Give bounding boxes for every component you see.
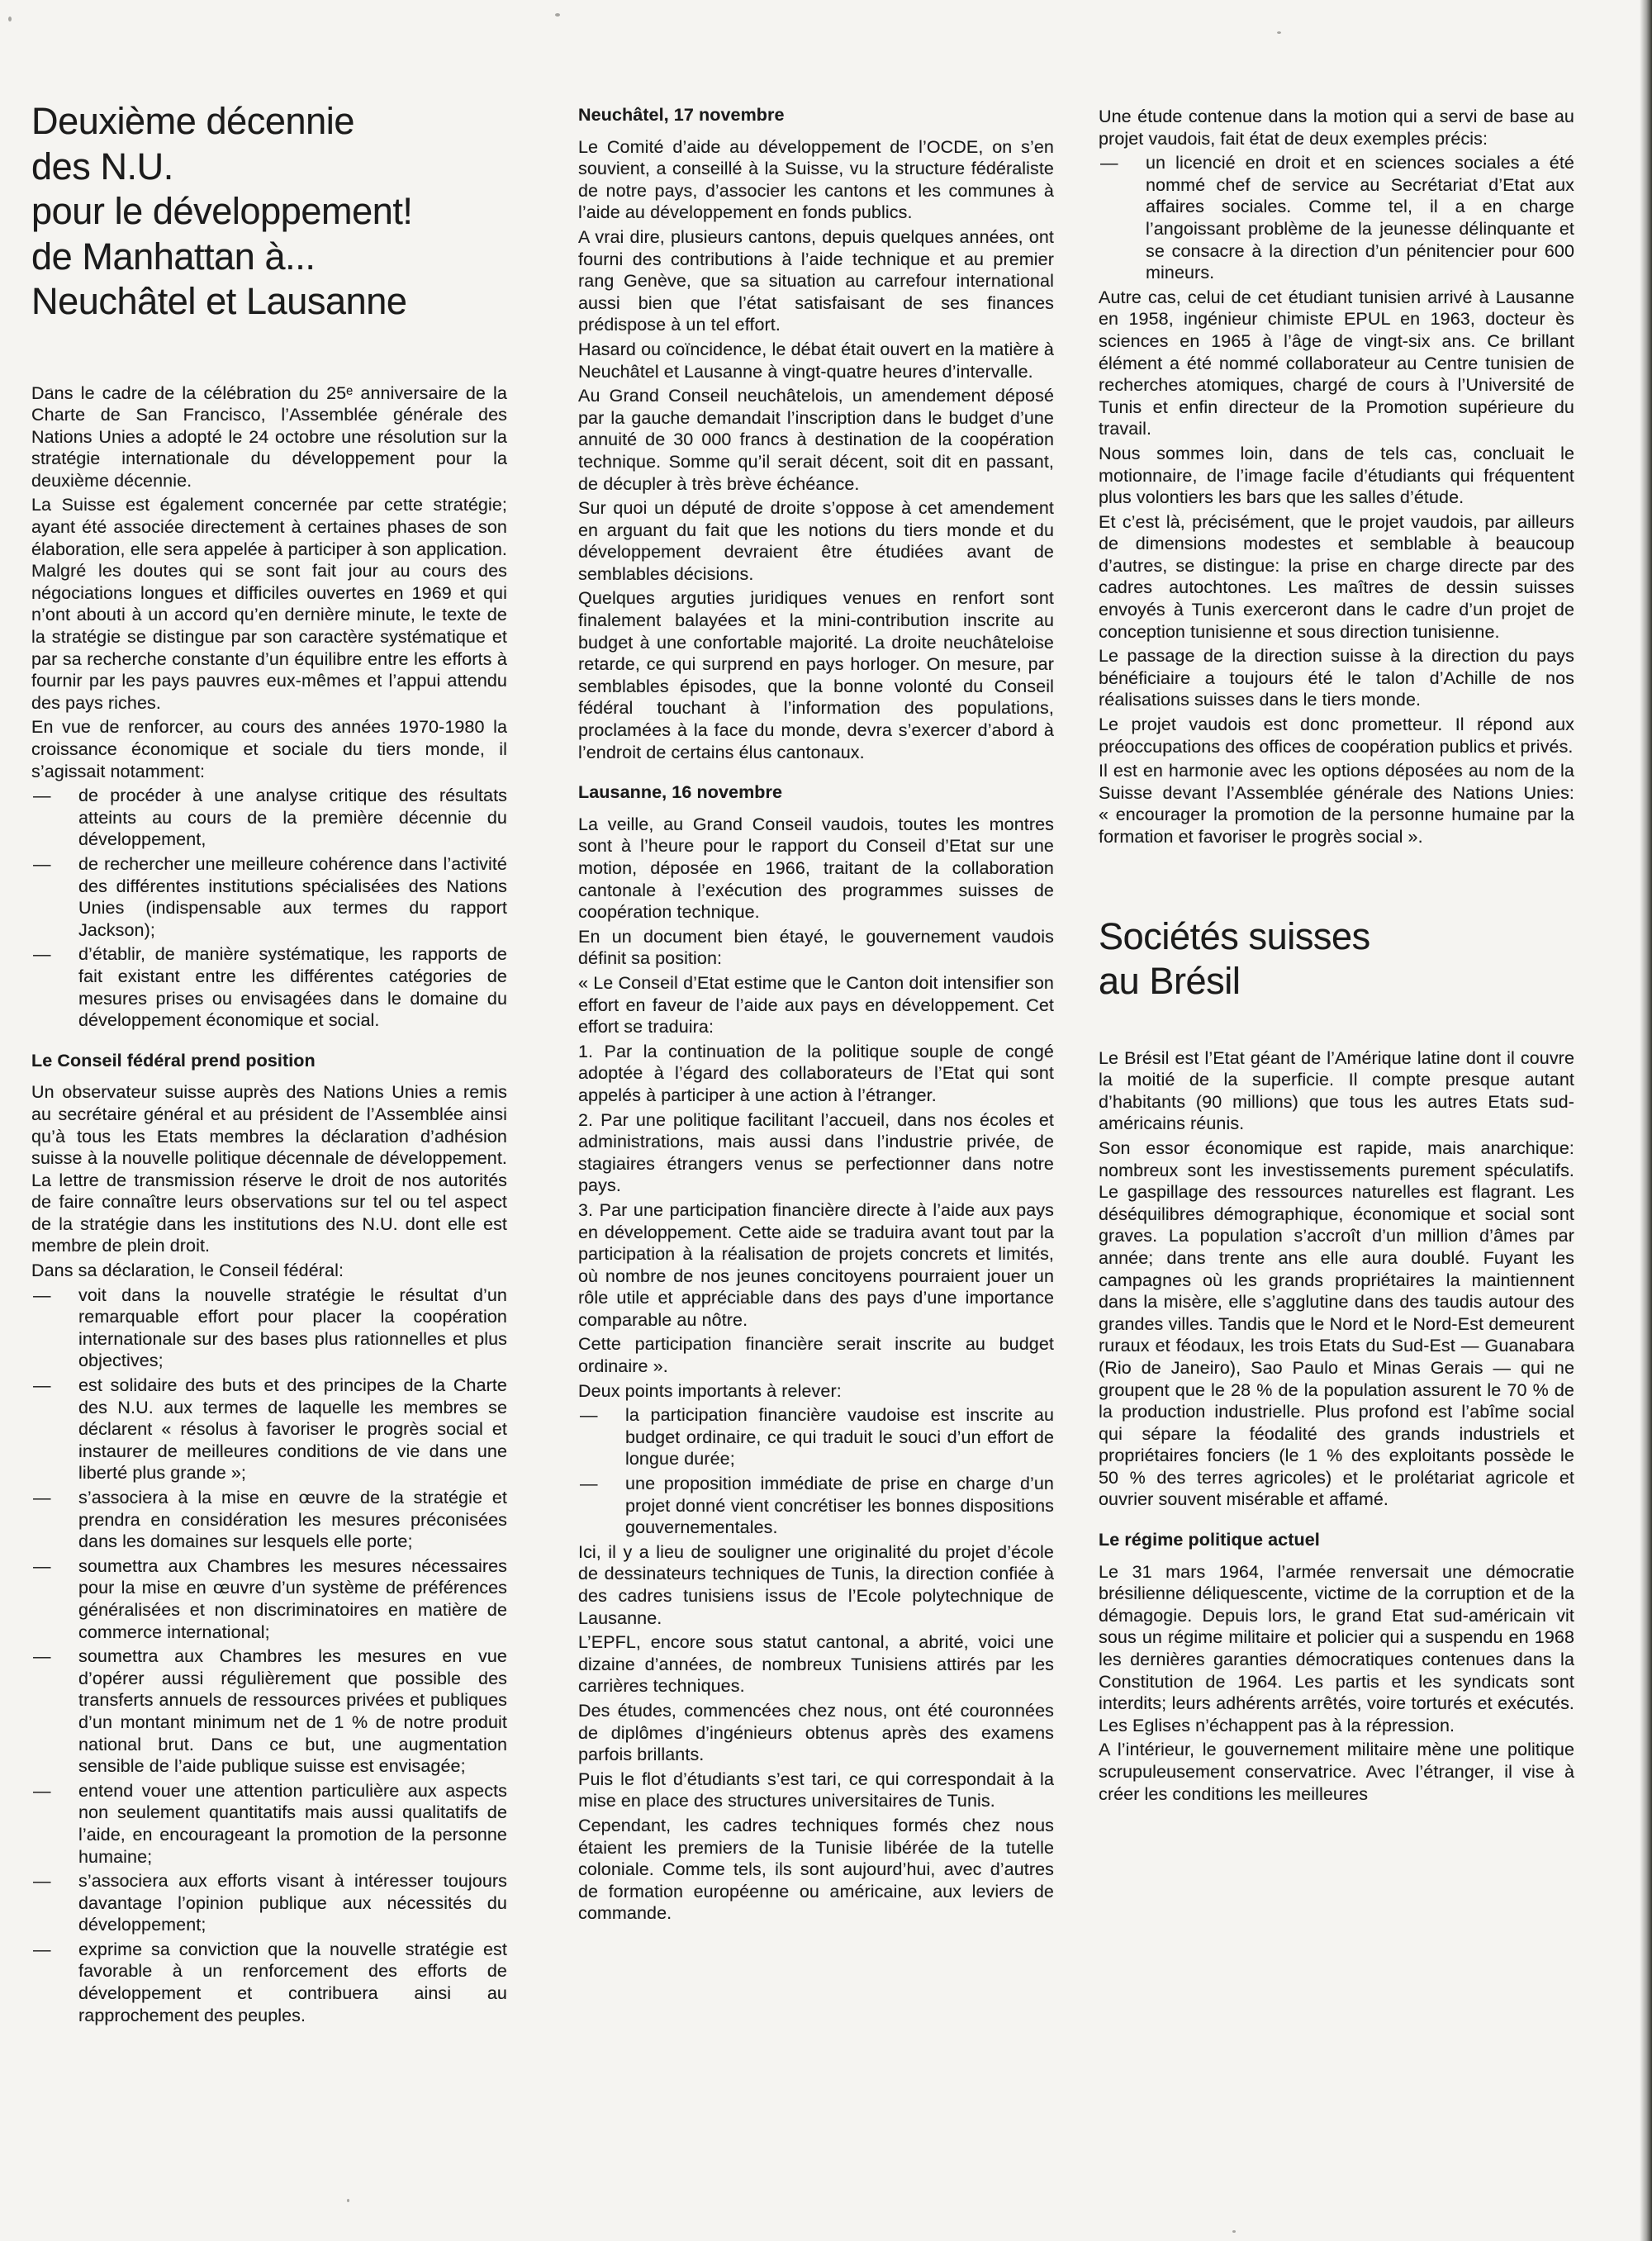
title-line: Deuxième décennie: [31, 99, 507, 145]
dash-marker: —: [33, 1939, 51, 1961]
paragraph: Cependant, les cadres techniques formés …: [578, 1815, 1054, 1925]
paragraph: Il est en harmonie avec les options dépo…: [1099, 760, 1574, 847]
paragraph: Un observateur suisse auprès des Nations…: [31, 1081, 507, 1257]
dash-list-text: soumettra aux Chambres les mesures néces…: [78, 1556, 507, 1642]
numbered-paragraph: 3. Par une participation financière dire…: [578, 1199, 1054, 1332]
scan-speck: [555, 13, 560, 17]
section-heading-neuchatel: Neuchâtel, 17 novembre: [578, 104, 1054, 126]
section-heading-conseil-federal: Le Conseil fédéral prend position: [31, 1050, 507, 1072]
paragraph: Dans le cadre de la célébration du 25ᵉ a…: [31, 382, 507, 492]
dash-list-text: un licencié en droit et en sciences soci…: [1146, 153, 1574, 282]
title-line: des N.U.: [31, 145, 507, 190]
dash-list-text: entend vouer une attention particulière …: [78, 1781, 507, 1867]
title-line: de Manhattan à...: [31, 235, 507, 280]
dash-marker: —: [33, 1870, 51, 1892]
paragraph: En vue de renforcer, au cours des années…: [31, 716, 507, 782]
title-line: au Brésil: [1099, 959, 1574, 1004]
paragraph: Le passage de la direction suisse à la d…: [1099, 645, 1574, 711]
column-right: Une étude contenue dans la motion qui a …: [1099, 106, 1574, 1807]
dash-list-text: exprime sa conviction que la nouvelle st…: [78, 1940, 507, 2025]
dash-marker: —: [33, 1284, 51, 1307]
paragraph: Le Brésil est l’Etat géant de l’Amérique…: [1099, 1047, 1574, 1135]
dash-marker: —: [33, 1780, 51, 1802]
paragraph: Le Comité d’aide au développement de l’O…: [578, 136, 1054, 224]
dash-list-text: d’établir, de manière systématique, les …: [78, 944, 507, 1030]
paragraph: La Suisse est également concernée par ce…: [31, 494, 507, 714]
dash-marker: —: [1100, 152, 1118, 174]
paragraph: Autre cas, celui de cet étudiant tunisie…: [1099, 287, 1574, 440]
dash-list-item: — un licencié en droit et en sciences so…: [1099, 152, 1574, 284]
dash-marker: —: [580, 1404, 598, 1427]
paragraph: Son essor économique est rapide, mais an…: [1099, 1137, 1574, 1511]
dash-list-text: soumettra aux Chambres les mesures en vu…: [78, 1646, 507, 1776]
scan-edge-artifact: [1640, 0, 1652, 2241]
dash-marker: —: [33, 1645, 51, 1668]
dash-list-item: — d’établir, de manière systématique, le…: [31, 943, 507, 1031]
dash-list-text: la participation financière vaudoise est…: [625, 1405, 1054, 1469]
dash-marker: —: [33, 1375, 51, 1397]
paragraph: Puis le flot d’étudiants s’est tari, ce …: [578, 1769, 1054, 1812]
section-heading-regime-politique: Le régime politique actuel: [1099, 1529, 1574, 1551]
paragraph: Dans sa déclaration, le Conseil fédéral:: [31, 1260, 507, 1282]
dash-list-item: — de procéder à une analyse critique des…: [31, 785, 507, 851]
title-line: Neuchâtel et Lausanne: [31, 279, 507, 325]
dash-marker: —: [33, 785, 51, 807]
paragraph: Sur quoi un député de droite s’oppose à …: [578, 497, 1054, 585]
paragraph: En un document bien étayé, le gouverneme…: [578, 926, 1054, 970]
dash-list-item: — exprime sa conviction que la nouvelle …: [31, 1939, 507, 2026]
dash-list-text: de rechercher une meilleure cohérence da…: [78, 854, 507, 940]
paragraph: « Le Conseil d’Etat estime que le Canton…: [578, 972, 1054, 1038]
paragraph: L’EPFL, encore sous statut cantonal, a a…: [578, 1631, 1054, 1697]
section-heading-lausanne: Lausanne, 16 novembre: [578, 781, 1054, 804]
dash-list-item: — entend vouer une attention particulièr…: [31, 1780, 507, 1868]
scan-speck: [50, 388, 52, 391]
column-left: Deuxième décennie des N.U. pour le dével…: [31, 99, 507, 2029]
dash-marker: —: [33, 1487, 51, 1509]
dash-list-item: — est solidaire des buts et des principe…: [31, 1375, 507, 1484]
dash-list-item: — s’associera à la mise en œuvre de la s…: [31, 1487, 507, 1553]
paragraph: Hasard ou coïncidence, le débat était ou…: [578, 339, 1054, 382]
numbered-paragraph: 2. Par une politique facilitant l’accuei…: [578, 1109, 1054, 1197]
article-title-bresil: Sociétés suisses au Brésil: [1099, 914, 1574, 1004]
dash-list-text: voit dans la nouvelle stratégie le résul…: [78, 1285, 507, 1371]
numbered-paragraph: 1. Par la continuation de la politique s…: [578, 1041, 1054, 1107]
paragraph: Quelques arguties juridiques venues en r…: [578, 587, 1054, 763]
paragraph: Le projet vaudois est donc prometteur. I…: [1099, 714, 1574, 757]
dash-list-text: s’associera aux efforts visant à intéres…: [78, 1871, 507, 1935]
dash-list-text: s’associera à la mise en œuvre de la str…: [78, 1488, 507, 1551]
paragraph: Ici, il y a lieu de souligner une origin…: [578, 1541, 1054, 1629]
dash-list-text: une proposition immédiate de prise en ch…: [625, 1474, 1054, 1537]
paragraph: Et c’est là, précisément, que le projet …: [1099, 511, 1574, 643]
dash-marker: —: [580, 1473, 598, 1495]
dash-list-item: — la participation financière vaudoise e…: [578, 1404, 1054, 1470]
paragraph: Le 31 mars 1964, l’armée renversait une …: [1099, 1561, 1574, 1737]
scan-speck: [1277, 31, 1281, 34]
dash-list-text: est solidaire des buts et des principes …: [78, 1375, 507, 1483]
dash-list-item: — de rechercher une meilleure cohérence …: [31, 853, 507, 941]
dash-marker: —: [33, 1555, 51, 1578]
paragraph: Des études, commencées chez nous, ont ét…: [578, 1700, 1054, 1766]
dash-list-item: — soumettra aux Chambres les mesures en …: [31, 1645, 507, 1778]
paragraph: Nous sommes loin, dans de tels cas, conc…: [1099, 443, 1574, 509]
article-title-developpement: Deuxième décennie des N.U. pour le dével…: [31, 99, 507, 325]
paragraph: A l’intérieur, le gouvernement militaire…: [1099, 1739, 1574, 1805]
title-line: pour le développement!: [31, 189, 507, 235]
dash-list-item: — soumettra aux Chambres les mesures néc…: [31, 1555, 507, 1643]
dash-list-item: — s’associera aux efforts visant à intér…: [31, 1870, 507, 1936]
paragraph: Cette participation financière serait in…: [578, 1333, 1054, 1377]
paragraph: Au Grand Conseil neuchâtelois, un amende…: [578, 385, 1054, 495]
paragraph: Une étude contenue dans la motion qui a …: [1099, 106, 1574, 150]
column-middle: Neuchâtel, 17 novembre Le Comité d’aide …: [578, 104, 1054, 1927]
paragraph: A vrai dire, plusieurs cantons, depuis q…: [578, 226, 1054, 336]
paragraph: Deux points importants à relever:: [578, 1380, 1054, 1403]
paragraph: La veille, au Grand Conseil vaudois, tou…: [578, 814, 1054, 923]
scanned-newspaper-page: Deuxième décennie des N.U. pour le dével…: [0, 0, 1652, 2241]
scan-speck: [1232, 2230, 1236, 2233]
scan-speck: [347, 2199, 349, 2202]
dash-list-text: de procéder à une analyse critique des r…: [78, 786, 507, 849]
scan-speck: [8, 17, 12, 21]
title-line: Sociétés suisses: [1099, 914, 1574, 960]
dash-marker: —: [33, 853, 51, 876]
dash-marker: —: [33, 943, 51, 966]
dash-list-item: — voit dans la nouvelle stratégie le rés…: [31, 1284, 507, 1372]
dash-list-item: — une proposition immédiate de prise en …: [578, 1473, 1054, 1539]
